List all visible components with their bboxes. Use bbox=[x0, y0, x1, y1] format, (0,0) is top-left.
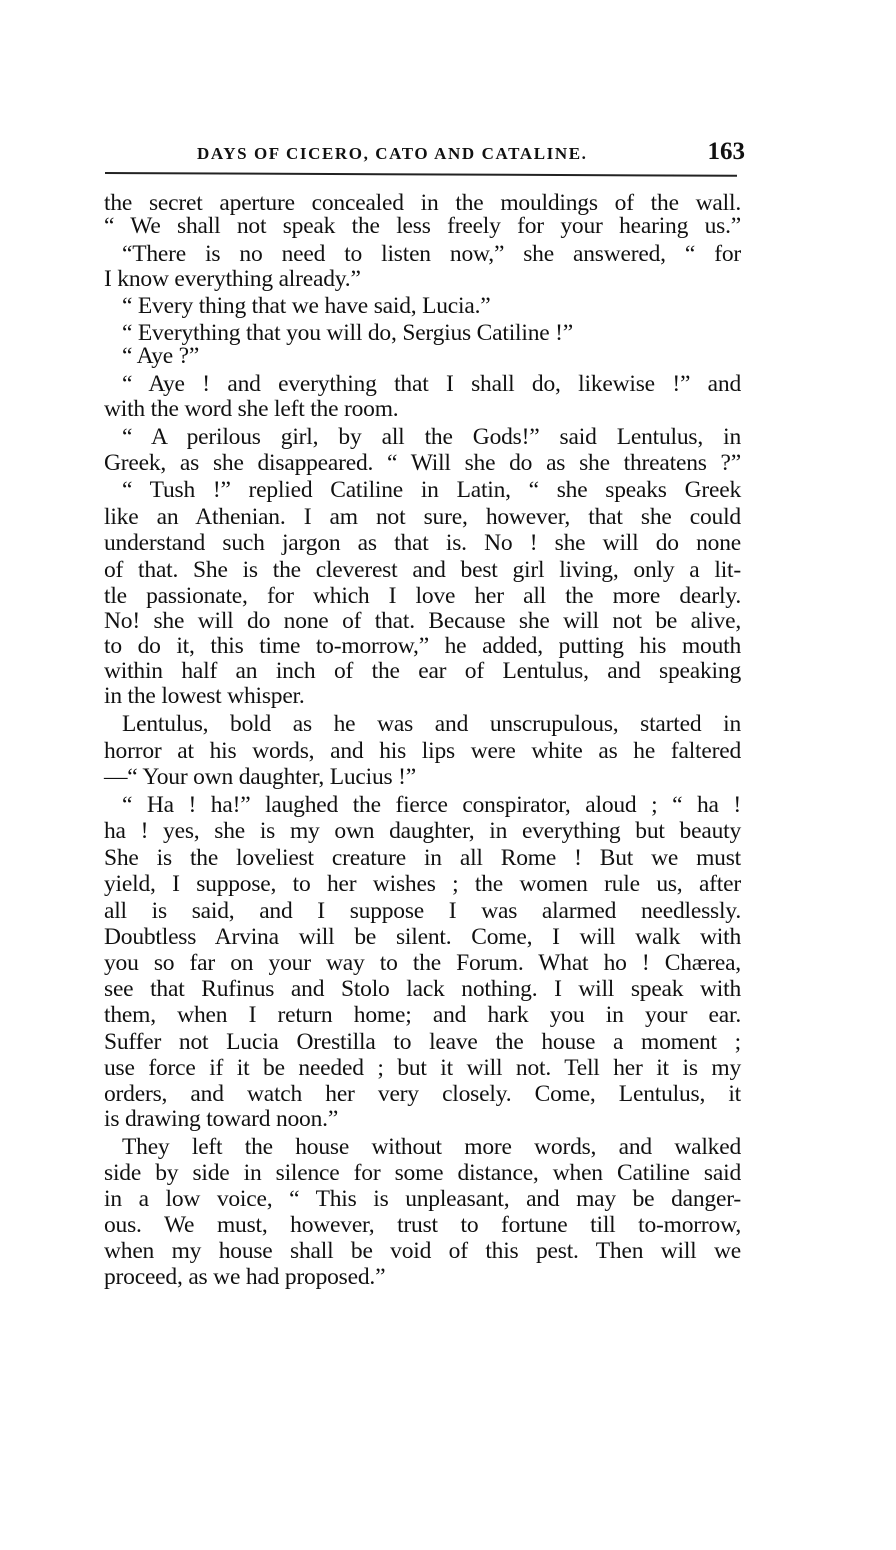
text-line: Greek, as she disappeared. “ Will she do… bbox=[104, 450, 741, 476]
text-line: understand such jargon as that is. No ! … bbox=[104, 530, 741, 556]
text-line: like an Athenian. I am not sure, however… bbox=[104, 504, 741, 530]
text-line: Lentulus, bold as he was and unscrupulou… bbox=[122, 711, 741, 737]
text-line: ous. We must, however, trust to fortune … bbox=[104, 1212, 741, 1238]
text-line: with the word she left the room. bbox=[104, 396, 741, 422]
page-number: 163 bbox=[708, 138, 746, 166]
text-line: “ Every thing that we have said, Lucia.” bbox=[122, 293, 741, 319]
text-line: side by side in silence for some distanc… bbox=[104, 1160, 741, 1186]
text-line: “There is no need to listen now,” she an… bbox=[122, 241, 741, 267]
text-line: “ A perilous girl, by all the Gods!” sai… bbox=[122, 424, 741, 450]
header-rule bbox=[105, 172, 737, 177]
running-title: DAYS OF CICERO, CATO AND CATALINE. bbox=[197, 144, 588, 164]
text-line: They left the house without more words, … bbox=[122, 1134, 741, 1160]
text-line: She is the loveliest creature in all Rom… bbox=[104, 845, 741, 871]
text-line: ha ! yes, she is my own daughter, in eve… bbox=[104, 818, 741, 844]
text-line: is drawing toward noon.” bbox=[104, 1106, 741, 1132]
text-line: “ We shall not speak the less freely for… bbox=[104, 213, 741, 239]
text-line: tle passionate, for which I love her all… bbox=[104, 583, 741, 609]
text-line: “ Aye ?” bbox=[122, 343, 741, 369]
text-line: “ Aye ! and everything that I shall do, … bbox=[122, 371, 741, 397]
text-line: all is said, and I suppose I was alarmed… bbox=[104, 898, 741, 924]
text-line: you so far on your way to the Forum. Wha… bbox=[104, 950, 741, 976]
text-line: Doubtless Arvina will be silent. Come, I… bbox=[104, 924, 741, 950]
text-line: orders, and watch her very closely. Come… bbox=[104, 1081, 741, 1107]
text-line: No! she will do none of that. Because sh… bbox=[104, 608, 741, 634]
text-line: them, when I return home; and hark you i… bbox=[104, 1002, 741, 1028]
text-line: when my house shall be void of this pest… bbox=[104, 1238, 741, 1264]
text-line: horror at his words, and his lips were w… bbox=[104, 738, 741, 764]
text-line: “ Tush !” replied Catiline in Latin, “ s… bbox=[122, 477, 741, 503]
text-line: “ Ha ! ha!” laughed the fierce conspirat… bbox=[122, 792, 741, 818]
book-page: DAYS OF CICERO, CATO AND CATALINE. 163 t… bbox=[0, 0, 896, 1550]
text-line: yield, I suppose, to her wishes ; the wo… bbox=[104, 871, 741, 897]
text-line: —“ Your own daughter, Lucius !” bbox=[104, 764, 741, 790]
text-line: I know everything already.” bbox=[104, 266, 741, 292]
text-line: in a low voice, “ This is unpleasant, an… bbox=[104, 1186, 741, 1212]
text-line: within half an inch of the ear of Lentul… bbox=[104, 658, 741, 684]
text-line: see that Rufinus and Stolo lack nothing.… bbox=[104, 976, 741, 1002]
page-header: DAYS OF CICERO, CATO AND CATALINE. 163 bbox=[100, 138, 745, 172]
text-line: in the lowest whisper. bbox=[104, 683, 741, 709]
text-line: Suffer not Lucia Orestilla to leave the … bbox=[104, 1029, 741, 1055]
text-line: use force if it be needed ; but it will … bbox=[104, 1055, 741, 1081]
text-line: of that. She is the cleverest and best g… bbox=[104, 557, 741, 583]
text-line: to do it, this time to-morrow,” he added… bbox=[104, 633, 741, 659]
text-line: proceed, as we had proposed.” bbox=[104, 1264, 741, 1290]
